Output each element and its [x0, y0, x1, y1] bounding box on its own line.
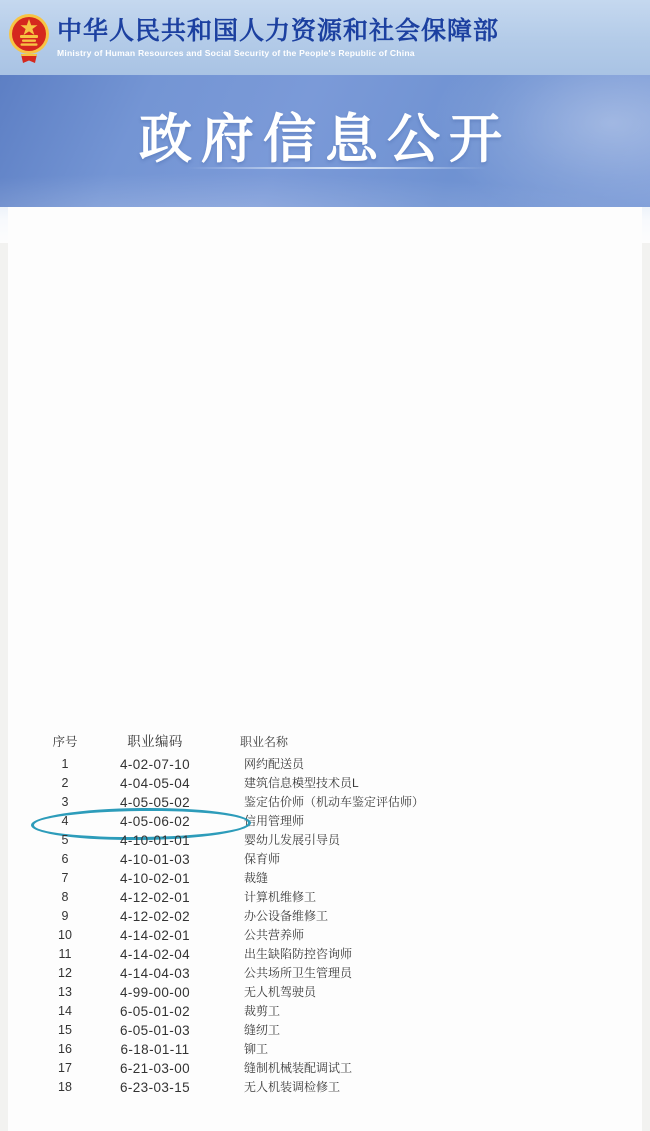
row-name: 出生缺陷防控咨询师	[216, 945, 650, 964]
table-row: 1 4-02-07-10 网约配送员	[36, 755, 650, 774]
row-name: 婴幼儿发展引导员	[216, 831, 650, 850]
catalog-table: 序号 职业编码 职业名称 1 4-02-07-10 网约配送员 2 4-04-0…	[36, 731, 650, 1097]
row-name: 无人机装调检修工	[216, 1078, 650, 1097]
row-code: 4-14-02-01	[94, 926, 216, 945]
row-code: 4-04-05-04	[94, 774, 216, 793]
row-no: 2	[36, 774, 94, 793]
row-code: 4-12-02-01	[94, 888, 216, 907]
national-emblem-icon	[8, 11, 50, 67]
row-code: 6-05-01-03	[94, 1021, 216, 1040]
row-code: 4-10-01-03	[94, 850, 216, 869]
ministry-name-cn: 中华人民共和国人力资源和社会保障部	[57, 17, 499, 45]
row-name: 缝制机械装配调试工	[216, 1059, 650, 1078]
row-name: 建筑信息模型技术员L	[216, 774, 650, 793]
row-no: 13	[36, 983, 94, 1002]
table-row: 4 4-05-06-02 信用管理师	[36, 812, 650, 831]
row-no: 9	[36, 907, 94, 926]
row-name: 裁缝	[216, 869, 650, 888]
site-home-link[interactable]: 中华人民共和国人力资源和社会保障部 Ministry of Human Reso…	[0, 0, 650, 75]
catalog-header-row: 序号 职业编码 职业名称	[36, 731, 650, 753]
catalog-table-body: 1 4-02-07-10 网约配送员 2 4-04-05-04 建筑信息模型技术…	[36, 755, 650, 1097]
col-header-code: 职业编码	[94, 731, 216, 753]
banner-title: 政府信息公开	[0, 97, 650, 173]
row-no: 6	[36, 850, 94, 869]
row-code: 6-23-03-15	[94, 1078, 216, 1097]
row-name: 办公设备维修工	[216, 907, 650, 926]
row-code: 4-12-02-02	[94, 907, 216, 926]
row-name: 裁剪工	[216, 1002, 650, 1021]
row-name: 鉴定估价师（机动车鉴定评估师）	[216, 793, 650, 812]
table-row: 17 6-21-03-00 缝制机械装配调试工	[36, 1059, 650, 1078]
ministry-name-en: Ministry of Human Resources and Social S…	[57, 48, 499, 58]
row-code: 4-02-07-10	[94, 755, 216, 774]
table-row: 5 4-10-01-01 婴幼儿发展引导员	[36, 831, 650, 850]
row-no: 11	[36, 945, 94, 964]
table-row: 18 6-23-03-15 无人机装调检修工	[36, 1078, 650, 1097]
table-row: 13 4-99-00-00 无人机驾驶员	[36, 983, 650, 1002]
ministry-name-block: 中华人民共和国人力资源和社会保障部 Ministry of Human Reso…	[57, 17, 499, 58]
gov-info-banner: 政府信息公开	[0, 75, 650, 207]
col-header-no: 序号	[36, 731, 94, 753]
row-name: 缝纫工	[216, 1021, 650, 1040]
row-code: 6-21-03-00	[94, 1059, 216, 1078]
row-no: 12	[36, 964, 94, 983]
table-row: 10 4-14-02-01 公共营养师	[36, 926, 650, 945]
row-code: 4-99-00-00	[94, 983, 216, 1002]
row-code: 4-14-02-04	[94, 945, 216, 964]
table-row: 11 4-14-02-04 出生缺陷防控咨询师	[36, 945, 650, 964]
row-no: 3	[36, 793, 94, 812]
table-row: 7 4-10-02-01 裁缝	[36, 869, 650, 888]
page: 中华人民共和国人力资源和社会保障部 Ministry of Human Reso…	[0, 0, 650, 1131]
row-no: 4	[36, 812, 94, 831]
row-name: 公共场所卫生管理员	[216, 964, 650, 983]
row-name: 网约配送员	[216, 755, 650, 774]
site-header: 中华人民共和国人力资源和社会保障部 Ministry of Human Reso…	[0, 0, 650, 75]
row-no: 8	[36, 888, 94, 907]
row-no: 14	[36, 1002, 94, 1021]
row-no: 15	[36, 1021, 94, 1040]
row-no: 10	[36, 926, 94, 945]
table-row: 2 4-04-05-04 建筑信息模型技术员L	[36, 774, 650, 793]
row-no: 18	[36, 1078, 94, 1097]
col-header-name: 职业名称	[216, 731, 650, 753]
row-no: 16	[36, 1040, 94, 1059]
table-row: 9 4-12-02-02 办公设备维修工	[36, 907, 650, 926]
row-name: 公共营养师	[216, 926, 650, 945]
row-no: 1	[36, 755, 94, 774]
table-row: 8 4-12-02-01 计算机维修工	[36, 888, 650, 907]
row-code: 4-10-01-01	[94, 831, 216, 850]
row-code: 6-05-01-02	[94, 1002, 216, 1021]
row-no: 17	[36, 1059, 94, 1078]
row-name: 无人机驾驶员	[216, 983, 650, 1002]
row-code: 4-05-05-02	[94, 793, 216, 812]
table-row: 6 4-10-01-03 保育师	[36, 850, 650, 869]
table-row: 14 6-05-01-02 裁剪工	[36, 1002, 650, 1021]
row-name: 计算机维修工	[216, 888, 650, 907]
row-no: 5	[36, 831, 94, 850]
table-row: 3 4-05-05-02 鉴定估价师（机动车鉴定评估师）	[36, 793, 650, 812]
row-name: 铆工	[216, 1040, 650, 1059]
row-code: 4-05-06-02	[94, 812, 216, 831]
row-code: 4-10-02-01	[94, 869, 216, 888]
table-row: 12 4-14-04-03 公共场所卫生管理员	[36, 964, 650, 983]
table-row: 16 6-18-01-11 铆工	[36, 1040, 650, 1059]
row-code: 6-18-01-11	[94, 1040, 216, 1059]
row-code: 4-14-04-03	[94, 964, 216, 983]
banner-underline	[187, 167, 487, 169]
table-row: 15 6-05-01-03 缝纫工	[36, 1021, 650, 1040]
row-name: 信用管理师	[216, 812, 650, 831]
row-no: 7	[36, 869, 94, 888]
row-name: 保育师	[216, 850, 650, 869]
